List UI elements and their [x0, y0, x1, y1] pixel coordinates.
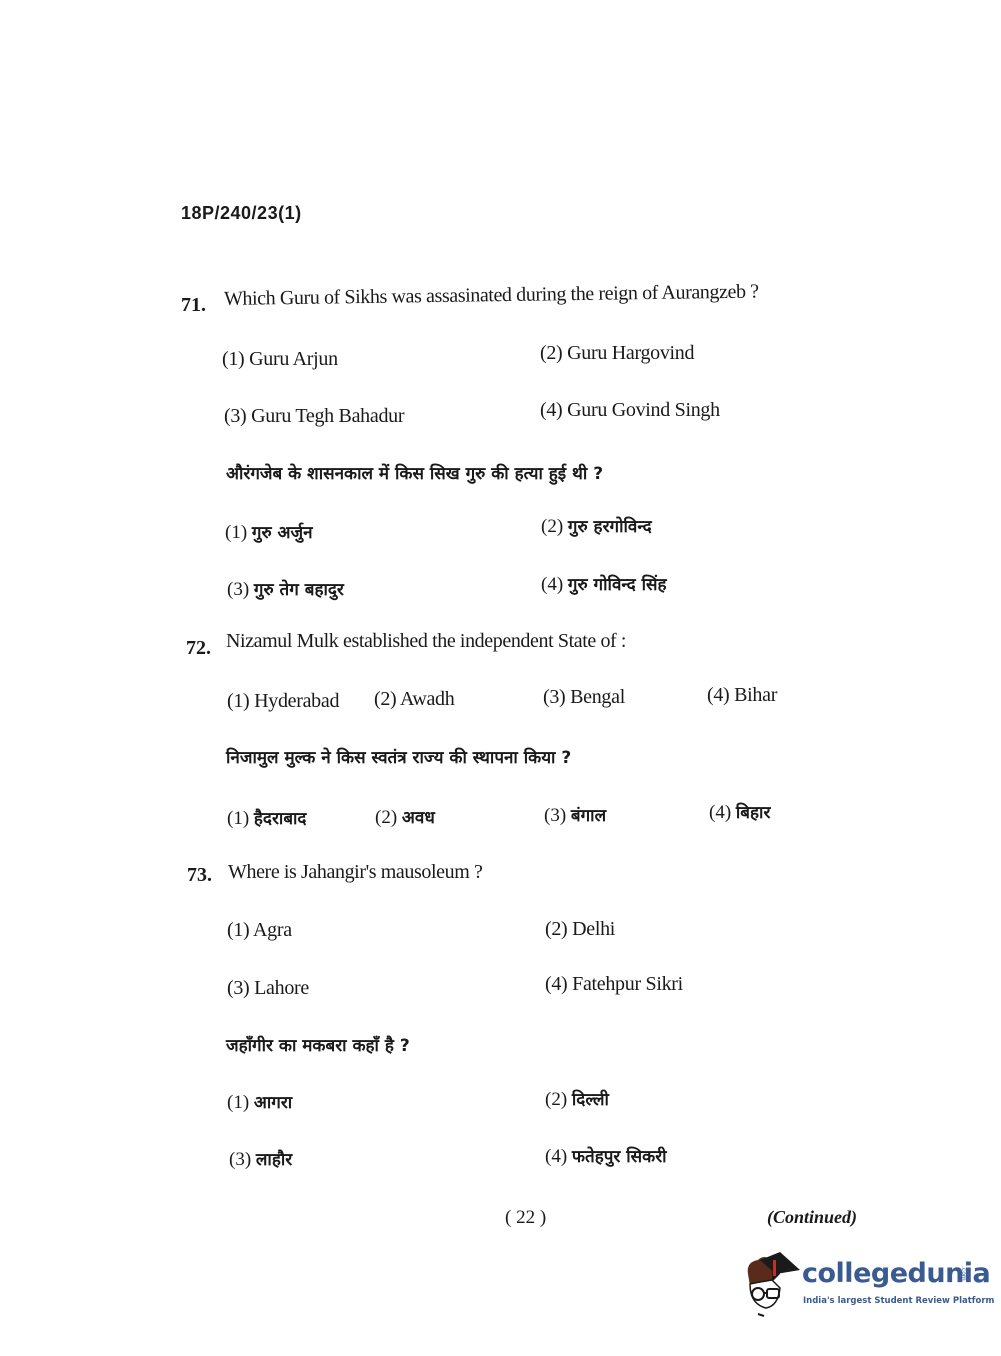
option-2-hi: (2) गुरु हरगोविन्द	[541, 514, 652, 538]
option-num: (4)	[541, 574, 563, 595]
option-num: (2)	[545, 1089, 567, 1110]
option-num: (3)	[229, 1149, 251, 1170]
option-num: (1)	[225, 522, 247, 543]
option-4-en: (4) Fatehpur Sikri	[545, 973, 683, 996]
option-4-hi: (4) गुरु गोविन्द सिंह	[541, 572, 667, 596]
question-text-hi: जहाँगीर का मकबरा कहाँ है ?	[226, 1033, 410, 1056]
option-num: (2)	[541, 516, 563, 537]
option-2-en: (2) Guru Hargovind	[540, 342, 694, 365]
option-text: गुरु अर्जुन	[252, 523, 313, 543]
option-num: (1)	[227, 808, 249, 829]
option-num: (4)	[709, 802, 731, 823]
option-4-hi: (4) फतेहपुर सिकरी	[545, 1144, 667, 1168]
option-2-en: (2) Delhi	[545, 918, 615, 941]
option-1-en: (1) Guru Arjun	[222, 348, 338, 371]
collegedunia-watermark: collegedunia .com India's largest Studen…	[742, 1252, 972, 1322]
option-text: अवध	[402, 808, 435, 828]
option-1-en: (1) Hyderabad	[227, 690, 339, 713]
option-4-hi: (4) बिहार	[709, 800, 770, 824]
option-2-hi: (2) अवध	[375, 805, 435, 829]
question-text-en: Nizamul Mulk established the independent…	[226, 630, 626, 653]
option-text: लाहौर	[256, 1150, 292, 1170]
option-1-hi: (1) हैदराबाद	[227, 806, 306, 830]
option-1-hi: (1) गुरु अर्जुन	[225, 520, 313, 544]
question-number: 73.	[187, 864, 212, 887]
option-text: दिल्ली	[572, 1090, 609, 1110]
continued-label: (Continued)	[767, 1207, 857, 1228]
option-4-en: (4) Bihar	[707, 684, 777, 707]
option-text: बिहार	[736, 803, 771, 823]
option-3-en: (3) Guru Tegh Bahadur	[224, 405, 404, 428]
option-3-en: (3) Lahore	[227, 977, 309, 1000]
option-num: (3)	[227, 579, 249, 600]
option-2-en: (2) Awadh	[374, 688, 454, 711]
question-text-en: Which Guru of Sikhs was assasinated duri…	[224, 281, 759, 311]
option-num: (1)	[227, 1092, 249, 1113]
option-3-en: (3) Bengal	[543, 686, 625, 709]
option-text: बंगाल	[571, 806, 606, 826]
option-text: गुरु गोविन्द सिंह	[568, 575, 667, 595]
question-text-hi: निजामुल मुल्क ने किस स्वतंत्र राज्य की स…	[226, 745, 571, 768]
question-number: 72.	[186, 637, 211, 660]
option-text: फतेहपुर सिकरी	[572, 1147, 667, 1167]
option-text: हैदराबाद	[254, 809, 307, 829]
page-number: ( 22 )	[505, 1207, 546, 1229]
option-3-hi: (3) गुरु तेग बहादुर	[227, 577, 344, 601]
option-1-hi: (1) आगरा	[227, 1090, 292, 1114]
option-3-hi: (3) बंगाल	[544, 803, 606, 827]
question-text-hi: औरंगजेब के शासनकाल में किस सिख गुरु की ह…	[226, 461, 603, 484]
mascot-icon	[742, 1252, 804, 1322]
option-text: गुरु तेग बहादुर	[254, 580, 344, 600]
brand-tagline: India's largest Student Review Platform	[803, 1296, 994, 1306]
option-4-en: (4) Guru Govind Singh	[540, 399, 720, 422]
option-2-hi: (2) दिल्ली	[545, 1087, 609, 1111]
question-text-en: Where is Jahangir's mausoleum ?	[228, 861, 482, 884]
option-1-en: (1) Agra	[227, 919, 292, 942]
brand-domain: .com	[960, 1266, 967, 1281]
option-num: (2)	[375, 807, 397, 828]
paper-code: 18P/240/23(1)	[181, 203, 302, 224]
option-num: (3)	[544, 805, 566, 826]
option-3-hi: (3) लाहौर	[229, 1147, 292, 1171]
option-num: (4)	[545, 1146, 567, 1167]
option-text: आगरा	[254, 1093, 292, 1113]
option-text: गुरु हरगोविन्द	[568, 517, 652, 537]
question-number: 71.	[181, 294, 206, 317]
